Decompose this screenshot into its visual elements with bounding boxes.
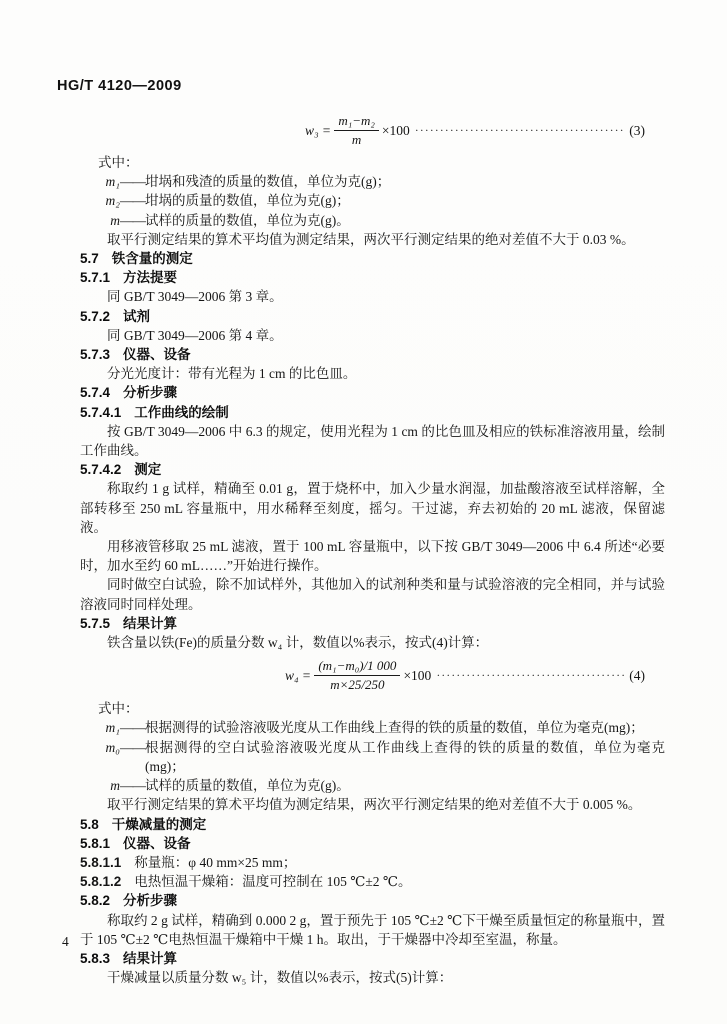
formula-3-lhs: w₃ — [305, 121, 319, 140]
definition-term: m₁ — [96, 718, 120, 737]
heading-title: 干燥减量的测定 — [112, 817, 207, 832]
heading-5-7-5: 5.7.5结果计算 — [80, 614, 665, 633]
heading-title: 分析步骤 — [123, 893, 177, 908]
definition-term: m₂ — [96, 191, 120, 210]
formula-3-number: (3) — [629, 121, 645, 140]
heading-number: 5.7.1 — [80, 270, 110, 285]
formula-4: w₄ = (m₁−m₀)/1 000 m×25/250 ×100 ·······… — [285, 658, 665, 693]
heading-title: 测定 — [134, 462, 161, 477]
item-text: 电热恒温干燥箱：温度可控制在 105 ℃±2 ℃。 — [134, 872, 665, 891]
para-formula-5-intro: 干燥减量以质量分数 w₅ 计，数值以%表示，按式(5)计算： — [80, 968, 665, 987]
heading-number: 5.8.3 — [80, 951, 110, 966]
para-5-7-1-body: 同 GB/T 3049—2006 第 3 章。 — [80, 287, 665, 306]
heading-title: 结果计算 — [123, 951, 177, 966]
para-5-8-2-body: 称取约 2 g 试样，精确到 0.000 2 g，置于预先于 105 ℃±2 ℃… — [80, 911, 665, 949]
item-5-8-1-1: 5.8.1.1 称量瓶：φ 40 mm×25 mm； — [80, 853, 665, 872]
definition-term: m — [96, 776, 120, 795]
definition-term: m₀ — [96, 738, 120, 776]
heading-5-7-4-1: 5.7.4.1工作曲线的绘制 — [80, 403, 665, 422]
para-working-curve: 按 GB/T 3049—2006 中 6.3 的规定，使用光程为 1 cm 的比… — [80, 422, 665, 460]
definition-row-m1: m₁ —— 根据测得的试验溶液吸光度从工作曲线上查得的铁的质量的数值，单位为毫克… — [80, 718, 665, 737]
definition-row-m1: m₁ —— 坩埚和残渣的质量的数值，单位为克(g)； — [80, 172, 665, 191]
equals-sign: = — [323, 121, 331, 140]
item-number: 5.8.1.2 — [80, 872, 121, 891]
definition-term: m₁ — [96, 172, 120, 191]
heading-5-7: 5.7铁含量的测定 — [80, 249, 665, 268]
heading-5-7-1: 5.7.1方法提要 — [80, 268, 665, 287]
formula-4-numerator: (m₁−m₀)/1 000 — [314, 658, 400, 676]
heading-number: 5.7.4.1 — [80, 405, 121, 420]
item-text: 称量瓶：φ 40 mm×25 mm； — [134, 853, 665, 872]
item-number: 5.8.1.1 — [80, 853, 121, 872]
heading-5-7-4-2: 5.7.4.2测定 — [80, 460, 665, 479]
formula-3-math: w₃ = m₁−m₂ m ×100 — [305, 113, 410, 148]
definition-text: 坩埚和残渣的质量的数值，单位为克(g)； — [145, 172, 665, 191]
heading-title: 工作曲线的绘制 — [134, 405, 229, 420]
heading-5-7-2: 5.7.2试剂 — [80, 307, 665, 326]
definition-dash: —— — [120, 191, 145, 210]
heading-title: 铁含量的测定 — [112, 251, 193, 266]
where-label-3: 式中： — [80, 153, 665, 172]
para-formula-4-intro: 铁含量以铁(Fe)的质量分数 w₄ 计，数值以%表示，按式(4)计算： — [80, 633, 665, 652]
heading-number: 5.8.1 — [80, 836, 110, 851]
heading-5-8-1: 5.8.1仪器、设备 — [80, 834, 665, 853]
formula-4-fraction: (m₁−m₀)/1 000 m×25/250 — [314, 658, 400, 693]
heading-title: 试剂 — [123, 309, 150, 324]
formula-4-lhs: w₄ — [285, 666, 299, 685]
para-determination-1: 称取约 1 g 试样，精确至 0.01 g，置于烧杯中，加入少量水润湿，加盐酸溶… — [80, 479, 665, 537]
document-page: HG/T 4120—2009 w₃ = m₁−m₂ m ×100 ·······… — [0, 0, 727, 1024]
heading-5-7-4: 5.7.4分析步骤 — [80, 383, 665, 402]
document-code: HG/T 4120—2009 — [57, 78, 182, 94]
formula-3-multiplier: ×100 — [382, 121, 410, 140]
definition-text: 根据测得的空白试验溶液吸光度从工作曲线上查得的铁的质量的数值，单位为毫克(mg)… — [145, 738, 665, 776]
heading-number: 5.7 — [80, 251, 99, 266]
definition-text: 坩埚的质量的数值，单位为克(g)； — [145, 191, 665, 210]
heading-5-8: 5.8干燥减量的测定 — [80, 815, 665, 834]
heading-title: 仪器、设备 — [123, 836, 191, 851]
formula-4-denominator: m×25/250 — [330, 676, 384, 693]
heading-title: 方法提要 — [123, 270, 177, 285]
para-determination-2: 用移液管移取 25 mL 滤液，置于 100 mL 容量瓶中，以下按 GB/T … — [80, 537, 665, 575]
dotted-leader: ········································… — [415, 121, 624, 140]
page-number: 4 — [62, 934, 69, 950]
heading-title: 分析步骤 — [123, 385, 177, 400]
definition-dash: —— — [120, 211, 145, 230]
definition-dash: —— — [120, 718, 145, 737]
para-precision-3: 取平行测定结果的算术平均值为测定结果，两次平行测定结果的绝对差值不大于 0.03… — [80, 230, 665, 249]
formula-3-fraction: m₁−m₂ m — [334, 113, 379, 148]
definition-text: 试样的质量的数值，单位为克(g)。 — [145, 211, 665, 230]
heading-5-8-2: 5.8.2分析步骤 — [80, 891, 665, 910]
definition-dash: —— — [120, 776, 145, 795]
definition-dash: —— — [120, 738, 145, 776]
definition-text: 试样的质量的数值，单位为克(g)。 — [145, 776, 665, 795]
definition-dash: —— — [120, 172, 145, 191]
heading-title: 结果计算 — [123, 616, 177, 631]
heading-number: 5.8 — [80, 817, 99, 832]
heading-number: 5.7.4.2 — [80, 462, 121, 477]
formula-3: w₃ = m₁−m₂ m ×100 ······················… — [305, 113, 665, 148]
definition-row-m: m —— 试样的质量的数值，单位为克(g)。 — [80, 211, 665, 230]
para-5-7-3-body: 分光光度计：带有光程为 1 cm 的比色皿。 — [80, 364, 665, 383]
para-5-7-2-body: 同 GB/T 3049—2006 第 4 章。 — [80, 326, 665, 345]
para-precision-4: 取平行测定结果的算术平均值为测定结果，两次平行测定结果的绝对差值不大于 0.00… — [80, 795, 665, 814]
item-5-8-1-2: 5.8.1.2 电热恒温干燥箱：温度可控制在 105 ℃±2 ℃。 — [80, 872, 665, 891]
definition-term: m — [96, 211, 120, 230]
definition-row-m: m —— 试样的质量的数值，单位为克(g)。 — [80, 776, 665, 795]
heading-number: 5.7.2 — [80, 309, 110, 324]
formula-4-number: (4) — [629, 666, 645, 685]
document-body: w₃ = m₁−m₂ m ×100 ······················… — [80, 103, 665, 987]
heading-5-7-3: 5.7.3仪器、设备 — [80, 345, 665, 364]
heading-number: 5.7.4 — [80, 385, 110, 400]
definition-text: 根据测得的试验溶液吸光度从工作曲线上查得的铁的质量的数值，单位为毫克(mg)； — [145, 718, 665, 737]
where-label-4: 式中： — [80, 699, 665, 718]
formula-4-math: w₄ = (m₁−m₀)/1 000 m×25/250 ×100 — [285, 658, 431, 693]
equals-sign: = — [303, 666, 311, 685]
definition-row-m0: m₀ —— 根据测得的空白试验溶液吸光度从工作曲线上查得的铁的质量的数值，单位为… — [80, 738, 665, 776]
heading-number: 5.7.5 — [80, 616, 110, 631]
heading-5-8-3: 5.8.3结果计算 — [80, 949, 665, 968]
formula-3-numerator: m₁−m₂ — [334, 113, 379, 131]
heading-number: 5.8.2 — [80, 893, 110, 908]
para-blank-test: 同时做空白试验，除不加试样外，其他加入的试剂种类和量与试验溶液的完全相同，并与试… — [80, 575, 665, 613]
heading-number: 5.7.3 — [80, 347, 110, 362]
definition-row-m2: m₂ —— 坩埚的质量的数值，单位为克(g)； — [80, 191, 665, 210]
heading-title: 仪器、设备 — [123, 347, 191, 362]
dotted-leader: ········································… — [436, 666, 624, 685]
formula-4-multiplier: ×100 — [403, 666, 431, 685]
formula-3-denominator: m — [352, 131, 361, 148]
